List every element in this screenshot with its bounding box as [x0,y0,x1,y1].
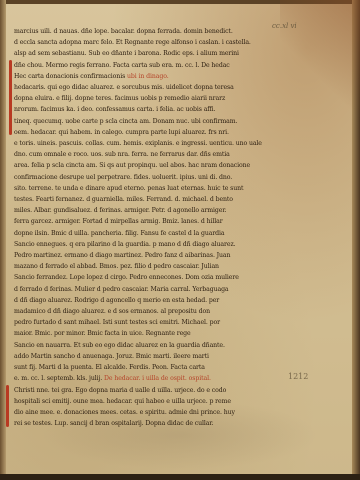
manuscript-line: hospitali sci emitij. oune mea. hedacar.… [14,396,270,407]
manuscript-line: dno. cum omnale e roco. uos. sub nra. fe… [14,149,270,160]
manuscript-line: hedacaris. qui ego didac aluarez. e sorc… [14,82,270,93]
manuscript-line: madamico d dñ diago aluarez. e d sos erm… [14,306,270,317]
manuscript-line: dñe chou. Mermo regis ferrano. Facta car… [14,60,270,71]
line-text: oem. hedacar. qui habem. in calego. cump… [14,129,229,136]
line-text: rei se testes. Lup. sancij d bran ospita… [14,420,213,427]
line-text: mazano d ferrado el abbad. Bmos. pez. fi… [14,263,219,270]
manuscript-line: maior. Bmic. por minor. Bmic facta in ui… [14,328,270,339]
manuscript-line: dopna eluira. e filij. dopne teres. faci… [14,93,270,104]
manuscript-line: sito. terrene. te unda e dinare apud ete… [14,183,270,194]
folio-number: cc.xl vi [272,22,297,30]
line-text: Sancio ferrandez. Lope lopez d cirgo. Pe… [14,274,239,281]
margin-annotation: 1212 [288,372,308,381]
manuscript-line: marcius uili. d nauas. dñe lope. bacalar… [14,26,270,37]
manuscript-line: e toris. uineis. pascuis. collas. cum. h… [14,138,270,149]
line-text: dñe chou. Mermo regis ferrano. Facta car… [14,62,230,69]
line-text: d dñ diago aluarez. Rodrigo d agoncello … [14,297,219,304]
manuscript-line: pedro furtado d sant mihael. Isti sunt t… [14,317,270,328]
manuscript-line: dio aine mee. e. donaciones mees. cetas.… [14,407,270,418]
line-text: sito. terrene. te unda e dinare apud ete… [14,185,243,192]
manuscript-line: mazano d ferrado el abbad. Bmos. pez. fi… [14,261,270,272]
manuscript-line: addo Martin sancho d anuenaga. Joruz. Bm… [14,351,270,362]
rubric-bracket-2 [6,385,9,427]
line-text: addo Martin sancho d anuenaga. Joruz. Bm… [14,353,209,360]
line-text: nrorum. facimus ka. i deo. confessamus c… [14,106,215,113]
line-text: hospitali sci emitij. oune mea. hedacar.… [14,398,231,405]
line-text: Sancio ennegues. q era pilarino d la gua… [14,241,235,248]
rubric-text: De hedacar. i uilla de ospit. ospital. [104,375,211,382]
line-text: e. m. cc. l. septemb. kls. julij. [14,375,102,382]
line-text: madamico d dñ diago aluarez. e d sos erm… [14,308,210,315]
line-text: hedacaris. qui ego didac aluarez. e sorc… [14,84,234,91]
manuscript-line: alsp ad sem sebastianu. Sub eo dñante i … [14,48,270,59]
line-text: alsp ad sem sebastianu. Sub eo dñante i … [14,50,239,57]
line-text: ferra garcez. armiger. Fortad d mirpella… [14,218,223,225]
line-text: miles. Albar. gundisaluez. d ferinas. ar… [14,207,226,214]
line-text: Pedro martinez. ermano d diago martinez.… [14,252,230,259]
manuscript-line: testes. Fearti fernanez. d guarniella. m… [14,194,270,205]
line-text: area. felia p scla cincta am. Si qs aut … [14,162,250,169]
manuscript-line: rei se testes. Lup. sancij d bran ospita… [14,418,270,429]
manuscript-page: cc.xl vi 1212 marcius uili. d nauas. dñe… [0,0,360,480]
manuscript-line: Hec carta donacionis confirmacionis ubi … [14,71,270,82]
line-text: d eccla sancta adopna marc felo. Et Regn… [14,39,251,46]
line-text: sunt fij. Marti d la puenta. El alcalde.… [14,364,205,371]
line-text: dopne ilsin. Bmic d uilla. pancheria. fi… [14,230,225,237]
manuscript-line: area. felia p scla cincta am. Si qs aut … [14,160,270,171]
page-edge-bottom [0,474,360,480]
line-text: dno. cum omnale e roco. uos. sub nra. fe… [14,151,230,158]
line-text: marcius uili. d nauas. dñe lope. bacalar… [14,28,233,35]
line-text: testes. Fearti fernanez. d guarniella. m… [14,196,233,203]
manuscript-line: d eccla sancta adopna marc felo. Et Regn… [14,37,270,48]
rubric-bracket-1 [9,60,12,135]
manuscript-line: miles. Albar. gundisaluez. d ferinas. ar… [14,205,270,216]
line-text: dopna eluira. e filij. dopne teres. faci… [14,95,225,102]
line-text: Hec carta donacionis confirmacionis [14,73,125,80]
manuscript-line: d dñ diago aluarez. Rodrigo d agoncello … [14,295,270,306]
manuscript-line: Sancio en nauarra. Et sub eo ego didac a… [14,340,270,351]
manuscript-text-block: marcius uili. d nauas. dñe lope. bacalar… [14,26,270,429]
manuscript-line: oem. hedacar. qui habem. in calego. cump… [14,127,270,138]
line-text: dio aine mee. e. donaciones mees. cetas.… [14,409,235,416]
corner-stain [280,0,360,120]
manuscript-line: Christi nne. tei gra. Ego dopna maria d … [14,385,270,396]
line-text: confirmacione desrupe uel perpetrare. fi… [14,174,232,181]
manuscript-line: Sancio ennegues. q era pilarino d la gua… [14,239,270,250]
manuscript-line: Sancio ferrandez. Lope lopez d cirgo. Pe… [14,272,270,283]
manuscript-line: dopne ilsin. Bmic d uilla. pancheria. fi… [14,228,270,239]
manuscript-line: tineq. quecumq. uobe carte p scla cincta… [14,116,270,127]
line-text: maior. Bmic. por minor. Bmic facta in ui… [14,330,191,337]
manuscript-line: e. m. cc. l. septemb. kls. julij. De hed… [14,373,270,384]
line-text: tineq. quecumq. uobe carte p scla cincta… [14,118,237,125]
manuscript-line: nrorum. facimus ka. i deo. confessamus c… [14,104,270,115]
line-text: e toris. uineis. pascuis. collas. cum. h… [14,140,262,147]
manuscript-line: ferra garcez. armiger. Fortad d mirpella… [14,216,270,227]
line-text: pedro furtado d sant mihael. Isti sunt t… [14,319,220,326]
line-text: Sancio en nauarra. Et sub eo ego didac a… [14,342,225,349]
line-text: d ferrado d ferinas. Mulier d pedro casc… [14,286,229,293]
manuscript-line: sunt fij. Marti d la puenta. El alcalde.… [14,362,270,373]
rubric-text: ubi in dinago. [127,73,169,80]
line-text: Christi nne. tei gra. Ego dopna maria d … [14,387,226,394]
manuscript-line: Pedro martinez. ermano d diago martinez.… [14,250,270,261]
manuscript-line: d ferrado d ferinas. Mulier d pedro casc… [14,284,270,295]
manuscript-line: confirmacione desrupe uel perpetrare. fi… [14,172,270,183]
